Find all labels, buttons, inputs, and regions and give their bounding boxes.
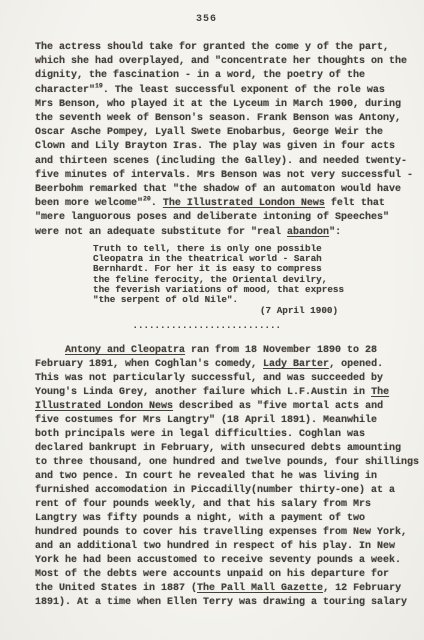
text-line: and two pence. In court he revealed that… — [35, 470, 408, 484]
text-segment: rent of four pounds weekly, and that his… — [35, 499, 371, 510]
text-line: and an additional two hundred in respect… — [35, 540, 408, 554]
text-segment: character" — [35, 85, 95, 96]
footnote-marker: 20 — [143, 196, 151, 203]
text-segment: hundred pounds to cover his travelling e… — [35, 527, 407, 538]
block-quote: Truth to tell, there is only one possibl… — [93, 244, 344, 316]
text-line: the seventh week of Benson's season. Fra… — [35, 112, 408, 126]
text-line: Beerbohm remarked that "the shadow of an… — [35, 183, 408, 197]
text-line: both principals were in legal difficulti… — [35, 428, 408, 442]
text-segment: felt that — [325, 198, 385, 209]
text-segment: Langtry was fifty pounds a night, with a… — [35, 513, 365, 524]
text-line: February 1891, when Coghlan's comedy, La… — [35, 358, 408, 372]
text-line: dignity, the fascination - in a word, th… — [35, 69, 408, 83]
underlined-title: The — [371, 387, 389, 398]
text-segment: dignity, the fascination - in a word, th… — [35, 70, 365, 81]
text-segment: described as "five mortal acts and — [173, 401, 383, 412]
text-line: to three thousand, one hundred and twelv… — [35, 456, 408, 470]
text-segment: This was not particularly successful, an… — [35, 373, 383, 384]
text-line: Antony and Cleopatra ran from 18 Novembe… — [35, 344, 408, 358]
text-line: This was not particularly successful, an… — [35, 372, 408, 386]
text-line: rent of four pounds weekly, and that his… — [35, 498, 408, 512]
text-line: Langtry was fifty pounds a night, with a… — [35, 512, 408, 526]
text-segment: "the serpent of old Nile". — [93, 294, 238, 305]
text-line: Clown and Lily Brayton Iras. The play wa… — [35, 140, 408, 154]
text-segment: and two pence. In court he revealed that… — [35, 471, 377, 482]
underlined-title: Antony and Cleopatra — [65, 345, 185, 356]
text-segment: ran from 18 November 1890 to 28 — [185, 345, 377, 356]
text-segment: Most of the debts were accounts unpaid o… — [35, 569, 389, 580]
text-line: which she had overplayed, and "concentra… — [35, 55, 408, 69]
text-segment: the seventh week of Benson's season. Fra… — [35, 113, 401, 124]
text-line: five costumes for Mrs Langtry" (18 April… — [35, 414, 408, 428]
text-segment: the United States in 1887 ( — [35, 583, 197, 594]
text-segment: both principals were in legal difficulti… — [35, 429, 365, 440]
underlined-title: Illustrated London News — [35, 401, 173, 412]
text-segment: and an additional two hundred in respect… — [35, 541, 395, 552]
text-line: were not an adequate substitute for "rea… — [35, 226, 408, 240]
text-line: furnished accomodation in Piccadilly(num… — [35, 484, 408, 498]
text-line: Young's Linda Grey, another failure whic… — [35, 386, 408, 400]
text-segment: five minutes of intervals. Mrs Benson wa… — [35, 170, 413, 181]
text-segment: , opened. — [329, 359, 383, 370]
text-line: five minutes of intervals. Mrs Benson wa… — [35, 169, 408, 183]
text-line: Most of the debts were accounts unpaid o… — [35, 568, 408, 582]
quote-attribution: (7 April 1900) — [93, 306, 344, 316]
underlined-title: The Illustrated London News — [163, 198, 325, 209]
text-segment: Mrs Benson, who played it at the Lyceum … — [35, 99, 401, 110]
paragraph: Antony and Cleopatra ran from 18 Novembe… — [35, 344, 408, 610]
text-segment: been more welcome" — [35, 198, 143, 209]
footnote-marker: 19 — [95, 82, 103, 89]
text-line: character"19. The least successful expon… — [35, 84, 408, 98]
text-line: The actress should take for granted the … — [35, 41, 408, 55]
text-line: "mere languorous poses and deliberate in… — [35, 211, 408, 225]
text-segment: were not an adequate substitute for "rea… — [35, 227, 287, 238]
underlined-title: abandon — [287, 227, 329, 238]
text-segment: "mere languorous poses and deliberate in… — [35, 212, 389, 223]
text-line: Oscar Asche Pompey, Lyall Swete Enobarbu… — [35, 126, 408, 140]
text-line: been more welcome"20. The Illustrated Lo… — [35, 197, 408, 211]
text-segment: , 12 February — [323, 583, 401, 594]
text-line: York he had been accustomed to receive s… — [35, 554, 408, 568]
text-line: declared bankrupt in February, with unse… — [35, 442, 408, 456]
text-segment: The actress should take for granted the … — [35, 42, 389, 53]
text-segment: declared bankrupt in February, with unse… — [35, 443, 401, 454]
text-segment: which she had overplayed, and "concentra… — [35, 56, 407, 67]
text-line: the United States in 1887 (The Pall Mall… — [35, 582, 408, 596]
page-body: The actress should take for granted the … — [35, 41, 408, 610]
underlined-title: The Pall Mall Gazette — [197, 583, 323, 594]
text-line: Mrs Benson, who played it at the Lyceum … — [35, 98, 408, 112]
text-segment: Young's Linda Grey, another failure whic… — [35, 387, 371, 398]
text-segment: . — [151, 198, 163, 209]
text-segment: ": — [329, 227, 341, 238]
text-segment: five costumes for Mrs Langtry" (18 April… — [35, 415, 377, 426]
text-line: hundred pounds to cover his travelling e… — [35, 526, 408, 540]
text-segment: York he had been accustomed to receive s… — [35, 555, 401, 566]
text-line: 1891). At a time when Ellen Terry was dr… — [35, 596, 408, 610]
text-segment: furnished accomodation in Piccadilly(num… — [35, 485, 395, 496]
text-line: Illustrated London News described as "fi… — [35, 400, 408, 414]
text-segment: Clown and Lily Brayton Iras. The play wa… — [35, 141, 395, 152]
text-segment: and thirteen scenes (including the Galle… — [35, 156, 407, 167]
text-segment: 1891). At a time when Ellen Terry was dr… — [35, 597, 407, 608]
text-segment: Beerbohm remarked that "the shadow of an… — [35, 184, 401, 195]
text-segment: February 1891, when Coghlan's comedy, — [35, 359, 263, 370]
text-line: and thirteen scenes (including the Galle… — [35, 155, 408, 169]
underlined-title: Lady Barter — [263, 359, 329, 370]
scanned-page: 356 The actress should take for granted … — [0, 0, 424, 640]
paragraph: The actress should take for granted the … — [35, 41, 408, 240]
text-segment: . The least successful exponent of the r… — [103, 85, 385, 96]
page-number: 356 — [35, 14, 378, 25]
text-segment: Oscar Asche Pompey, Lyall Swete Enobarbu… — [35, 127, 383, 138]
text-segment: to three thousand, one hundred and twelv… — [35, 457, 419, 468]
dotted-separator: ........................... — [35, 321, 378, 333]
